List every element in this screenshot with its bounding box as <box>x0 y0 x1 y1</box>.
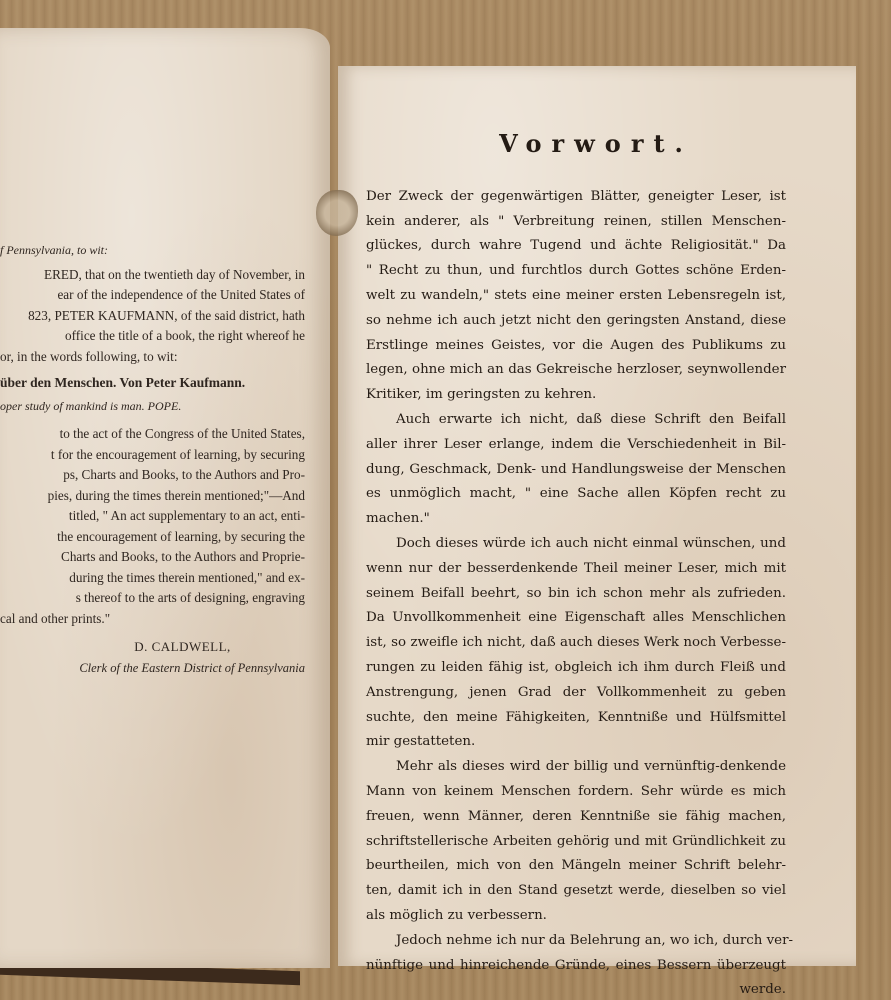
notice-line: office the title of a book, the right wh… <box>0 326 305 347</box>
preface-paragraph: Auch erwarte ich nicht, daß diese Schrif… <box>366 408 786 532</box>
book-title-line: über den Menschen. Von Peter Kaufmann. <box>0 373 305 394</box>
notice-line: s thereof to the arts of designing, engr… <box>0 588 305 609</box>
notice-line: t for the encouragement of learning, by … <box>0 445 305 466</box>
text-line: so nehme ich auch jetzt nicht den gering… <box>366 309 786 334</box>
notice-line: cal and other prints." <box>0 609 305 630</box>
text-line: dung, Geschmack, Denk- und Handlungsweis… <box>366 458 786 483</box>
text-line: Anstrengung, jenen Grad der Vollkommenhe… <box>366 681 786 706</box>
signature-title: Clerk of the Eastern District of Pennsyl… <box>0 658 305 679</box>
notice-line: the encouragement of learning, by securi… <box>0 527 305 548</box>
text-line: welt zu wandeln," stets eine meiner erst… <box>366 284 786 309</box>
text-line: Da Unvollkommenheit eine Eigenschaft all… <box>366 606 786 631</box>
text-line: ist, so zweifle ich nicht, daß auch dies… <box>366 631 786 656</box>
signature-name: D. CALDWELL, <box>60 637 305 658</box>
text-line: nünftige und hinreichende Gründe, eines … <box>366 954 786 979</box>
text-line: Mann von keinem Menschen fordern. Sehr w… <box>366 780 786 805</box>
notice-line: or, in the words following, to wit: <box>0 347 305 368</box>
notice-line: 823, PETER KAUFMANN, of the said distric… <box>0 306 305 327</box>
preface-heading: Vorwort. <box>366 132 786 157</box>
text-line: machen." <box>366 507 786 532</box>
copyright-notice: f Pennsylvania, to wit: ERED, that on th… <box>0 240 305 678</box>
notice-line: ear of the independence of the United St… <box>0 285 305 306</box>
text-line: wenn nur der besserdenkende Theil meiner… <box>366 557 786 582</box>
text-line: " Recht zu thun, und furchtlos durch Got… <box>366 259 786 284</box>
text-line: suchte, den meine Fähigkeiten, Kenntniße… <box>366 706 786 731</box>
text-line: Der Zweck der gegenwärtigen Blätter, gen… <box>366 185 786 210</box>
text-line: Auch erwarte ich nicht, daß diese Schrif… <box>366 408 786 433</box>
text-line: rungen zu leiden fähig ist, obgleich ich… <box>366 656 786 681</box>
notice-line: to the act of the Congress of the United… <box>0 424 305 445</box>
text-line: kein anderer, als " Verbreitung reinen, … <box>366 210 786 235</box>
notice-line: during the times therein mentioned," and… <box>0 568 305 589</box>
text-line: schriftstellerische Arbeiten gehörig und… <box>366 830 786 855</box>
notice-line: Charts and Books, to the Authors and Pro… <box>0 547 305 568</box>
preface-paragraph: Jedoch nehme ich nur da Belehrung an, wo… <box>366 929 786 1000</box>
text-line: mir gestatteten. <box>366 730 786 755</box>
text-line: werde. <box>366 978 786 1000</box>
notice-line: f Pennsylvania, to wit: <box>0 240 305 261</box>
text-line: Kritiker, im geringsten zu kehren. <box>366 383 786 408</box>
notice-line: titled, " An act supplementary to an act… <box>0 506 305 527</box>
preface: Vorwort. Der Zweck der gegenwärtigen Blä… <box>366 132 786 1000</box>
text-line: es unmöglich macht, " eine Sache allen K… <box>366 482 786 507</box>
text-line: legen, ohne mich an das Gekreische herzl… <box>366 358 786 383</box>
text-line: seinem Beifall beehrt, so bin ich schon … <box>366 582 786 607</box>
text-line: Erstlinge meines Geistes, vor die Augen … <box>366 334 786 359</box>
text-line: glückes, durch wahre Tugend und ächte Re… <box>366 234 786 259</box>
preface-paragraph: Mehr als dieses wird der billig und vern… <box>366 755 786 929</box>
preface-paragraph: Der Zweck der gegenwärtigen Blätter, gen… <box>366 185 786 408</box>
preface-paragraph: Doch dieses würde ich auch nicht einmal … <box>366 532 786 755</box>
text-line: aller ihrer Leser erlange, indem die Ver… <box>366 433 786 458</box>
notice-line: ERED, that on the twentieth day of Novem… <box>0 265 305 286</box>
text-line: Jedoch nehme ich nur da Belehrung an, wo… <box>366 929 786 954</box>
epigraph-line: oper study of mankind is man. POPE. <box>0 396 305 417</box>
text-line: beurtheilen, mich von den Mängeln meiner… <box>366 854 786 879</box>
text-line: als möglich zu verbessern. <box>366 904 786 929</box>
notice-line: ps, Charts and Books, to the Authors and… <box>0 465 305 486</box>
text-line: Mehr als dieses wird der billig und vern… <box>366 755 786 780</box>
text-line: Doch dieses würde ich auch nicht einmal … <box>366 532 786 557</box>
text-line: freuen, wenn Männer, deren Kenntniße sie… <box>366 805 786 830</box>
text-line: ten, damit ich in den Stand gesetzt werd… <box>366 879 786 904</box>
notice-line: pies, during the times therein mentioned… <box>0 486 305 507</box>
